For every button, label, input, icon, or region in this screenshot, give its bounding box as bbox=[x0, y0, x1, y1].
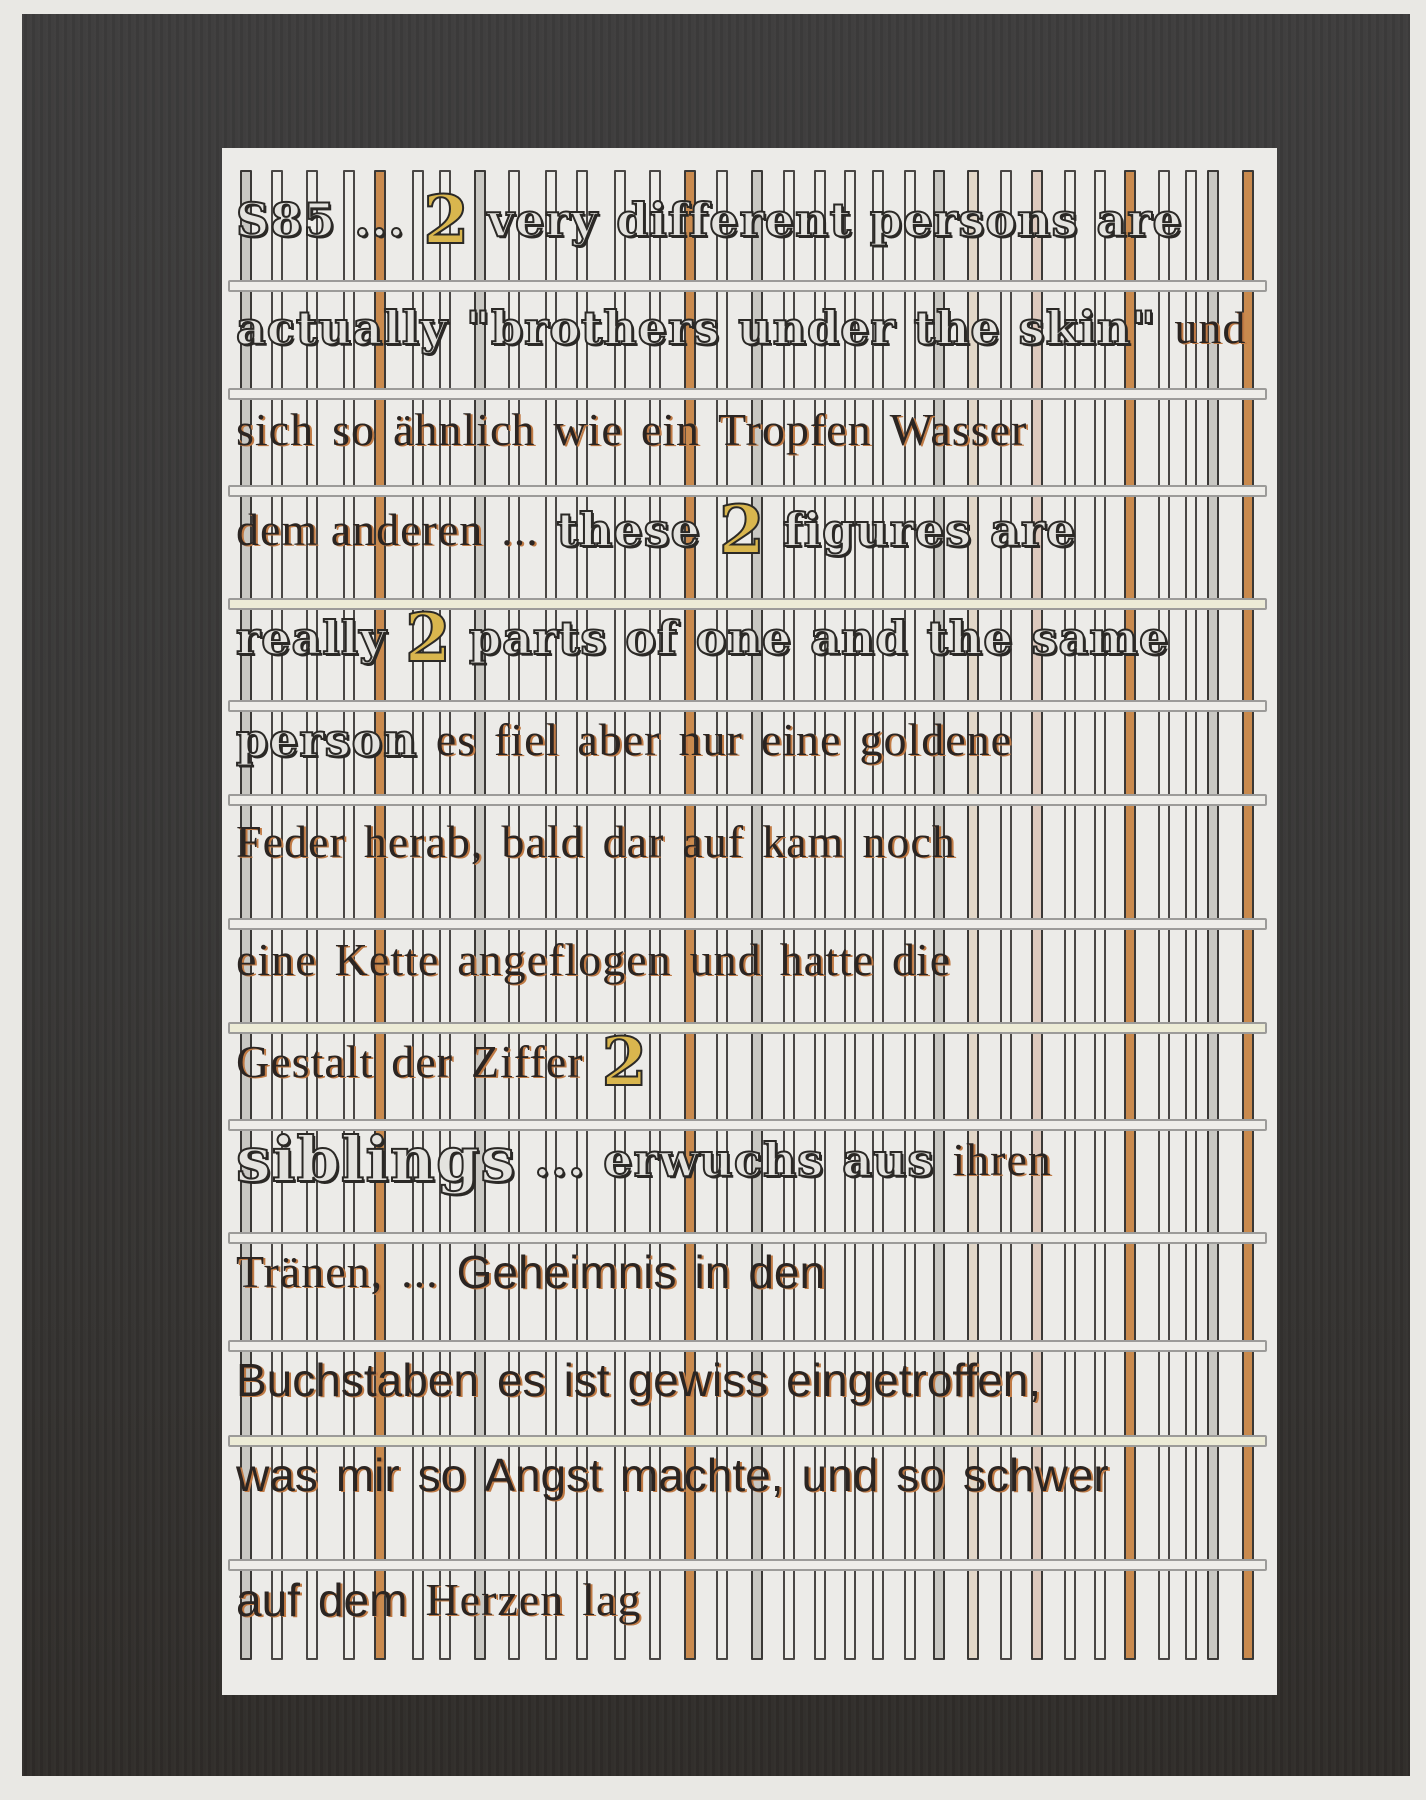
word: Feder bbox=[236, 819, 346, 865]
word: angeflogen bbox=[457, 937, 671, 983]
word: persons bbox=[870, 197, 1079, 243]
text-line: Buchstabenesistgewisseingetroffen, bbox=[236, 1336, 1267, 1424]
word: same bbox=[1032, 615, 1170, 661]
word: der bbox=[391, 1039, 453, 1085]
word: siblings bbox=[236, 1129, 516, 1191]
word: Wasser bbox=[890, 407, 1028, 453]
text-line: GestaltderZiffer2 bbox=[236, 1018, 1267, 1106]
text-line: Federherab,balddaraufkamnoch bbox=[236, 798, 1267, 886]
word: in bbox=[695, 1249, 731, 1295]
word: kam bbox=[762, 819, 844, 865]
text-line: Tränen,...Geheimnisinden bbox=[236, 1228, 1267, 1316]
word: ähnlich bbox=[393, 407, 535, 453]
word: und bbox=[1174, 305, 1246, 351]
word: ihren bbox=[952, 1137, 1052, 1183]
word: Gestalt bbox=[236, 1039, 373, 1085]
gold-numeral: 2 bbox=[423, 187, 469, 253]
text-line: wasmirsoAngstmachte,undsoschwer bbox=[236, 1431, 1267, 1519]
word: different bbox=[616, 197, 852, 243]
word: wie bbox=[553, 407, 622, 453]
word: are bbox=[1096, 197, 1182, 243]
word: ... bbox=[354, 197, 405, 243]
word: goldene bbox=[859, 717, 1012, 763]
word: Geheimnis bbox=[457, 1249, 677, 1295]
word: really bbox=[236, 615, 387, 661]
gold-numeral: 2 bbox=[601, 1029, 647, 1095]
word: parts bbox=[469, 615, 607, 661]
word: and bbox=[810, 615, 908, 661]
word: "brothers bbox=[466, 305, 720, 351]
word: und bbox=[802, 1452, 879, 1498]
text-line: really2partsofoneandthesame bbox=[236, 594, 1267, 682]
word: these bbox=[557, 507, 701, 553]
text-line: siblings...erwuchsausihren bbox=[236, 1116, 1267, 1204]
text-line: dem anderen...these2figuresare bbox=[236, 486, 1267, 574]
word: of bbox=[625, 615, 677, 661]
word: Tränen, bbox=[236, 1249, 383, 1295]
word: bald bbox=[501, 819, 584, 865]
word: aber bbox=[577, 717, 660, 763]
word: herab, bbox=[364, 819, 484, 865]
word: ... bbox=[401, 1249, 439, 1295]
word: one bbox=[696, 615, 792, 661]
word: und bbox=[690, 937, 762, 983]
word: so bbox=[332, 407, 375, 453]
text-line: actually"brothersundertheskin"und bbox=[236, 284, 1267, 372]
word: Herzen bbox=[425, 1577, 564, 1623]
word: dem bbox=[318, 1577, 407, 1623]
word: auf bbox=[682, 819, 744, 865]
word: erwuchs bbox=[603, 1137, 824, 1183]
word: the bbox=[914, 305, 1001, 351]
word: ... bbox=[534, 1137, 585, 1183]
text-line: S85...2verydifferentpersonsare bbox=[236, 176, 1267, 264]
word: es bbox=[436, 717, 476, 763]
word: den bbox=[748, 1249, 825, 1295]
word: so bbox=[896, 1452, 945, 1498]
text-line: eineKetteangeflogenundhattedie bbox=[236, 916, 1267, 1004]
word: Buchstaben bbox=[236, 1357, 479, 1403]
word: eingetroffen, bbox=[786, 1357, 1041, 1403]
word: the bbox=[927, 615, 1014, 661]
word: figures bbox=[783, 507, 972, 553]
word: die bbox=[892, 937, 951, 983]
word: ist bbox=[564, 1357, 610, 1403]
text-line: aufdemHerzenlag bbox=[236, 1556, 1267, 1644]
word: fiel bbox=[494, 717, 559, 763]
word: S85 bbox=[236, 197, 336, 243]
word: dar bbox=[603, 819, 665, 865]
word: eine bbox=[761, 717, 842, 763]
word: machte, bbox=[620, 1452, 784, 1498]
word: so bbox=[418, 1452, 467, 1498]
word: was bbox=[236, 1452, 318, 1498]
word: aus bbox=[842, 1137, 934, 1183]
word: nur bbox=[678, 717, 742, 763]
word: person bbox=[236, 717, 418, 763]
word: hatte bbox=[780, 937, 874, 983]
word: under bbox=[738, 305, 896, 351]
text-line: personesfielabernureinegoldene bbox=[236, 696, 1267, 784]
word: Ziffer bbox=[471, 1039, 583, 1085]
word: schwer bbox=[963, 1452, 1109, 1498]
word: very bbox=[487, 197, 598, 243]
word: Tropfen bbox=[718, 407, 872, 453]
word: ein bbox=[641, 407, 700, 453]
text-line: sichsoähnlichwieeinTropfenWasser bbox=[236, 386, 1267, 474]
word: gewiss bbox=[628, 1357, 769, 1403]
word: sich bbox=[236, 407, 314, 453]
word: eine bbox=[236, 937, 317, 983]
word: actually bbox=[236, 305, 448, 351]
word: Kette bbox=[335, 937, 440, 983]
word: auf bbox=[236, 1577, 300, 1623]
word: dem anderen bbox=[236, 507, 483, 553]
word: Angst bbox=[484, 1452, 602, 1498]
word: lag bbox=[582, 1577, 641, 1623]
striped-text-panel: S85...2verydifferentpersonsareactually"b… bbox=[222, 148, 1277, 1695]
word: es bbox=[497, 1357, 546, 1403]
word: noch bbox=[862, 819, 955, 865]
gold-numeral: 2 bbox=[405, 605, 451, 671]
word: are bbox=[990, 507, 1076, 553]
word: skin" bbox=[1019, 305, 1157, 351]
gold-numeral: 2 bbox=[719, 497, 765, 563]
word: mir bbox=[336, 1452, 400, 1498]
word: ... bbox=[501, 507, 539, 553]
